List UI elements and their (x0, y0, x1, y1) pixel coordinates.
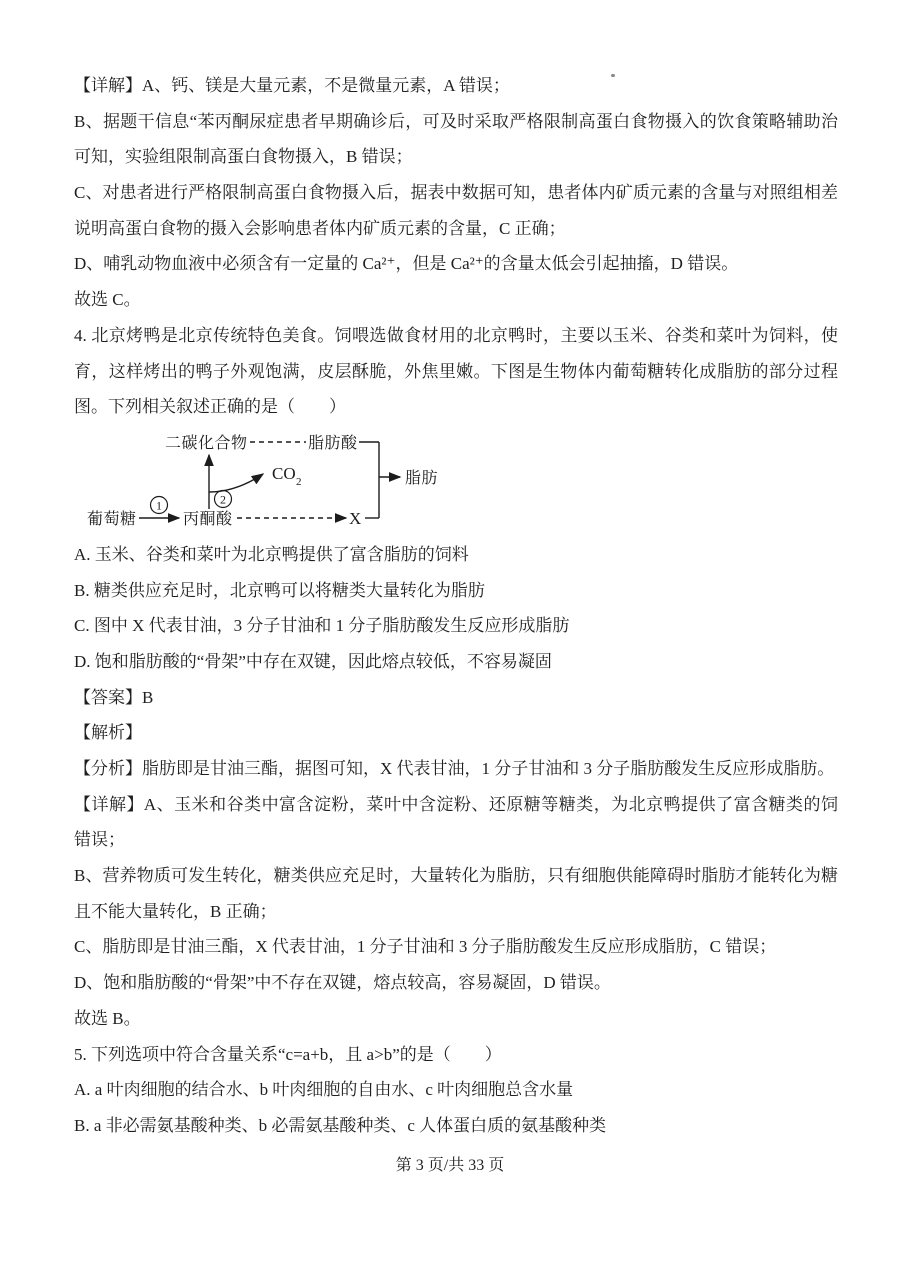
option-b: B. a 非必需氨基酸种类、b 必需氨基酸种类、c 人体蛋白质的氨基酸种类 (74, 1108, 838, 1144)
explanation-line: B、营养物质可发生转化，糖类供应充足时，大量转化为脂肪，只有细胞供能障碍时脂肪才… (74, 858, 838, 894)
node-pyruvate: 丙酮酸 (183, 510, 233, 528)
q3-explanation-block: 【详解】A、钙、镁是大量元素，不是微量元素，A 错误； B、据题干信息“苯丙酮尿… (74, 68, 838, 318)
explanation-line: D、饱和脂肪酸的“骨架”中不存在双键，熔点较高，容易凝固，D 错误。 (74, 965, 838, 1001)
node-x: X (349, 509, 361, 528)
question-5-block: 5. 下列选项中符合含量关系“c=a+b，且 a>b”的是（ ） A. a 叶肉… (74, 1037, 838, 1144)
page-content: 【详解】A、钙、镁是大量元素，不是微量元素，A 错误； B、据题干信息“苯丙酮尿… (74, 68, 838, 1144)
question-stem-line: 育，这样烤出的鸭子外观饱满，皮层酥脆，外焦里嫩。下图是生物体内葡萄糖转化成脂肪的… (74, 354, 838, 390)
exam-answer-page: 【详解】A、钙、镁是大量元素，不是微量元素，A 错误； B、据题干信息“苯丙酮尿… (0, 0, 900, 1273)
explanation-line: D、哺乳动物血液中必须含有一定量的 Ca²⁺，但是 Ca²⁺的含量太低会引起抽搐… (74, 246, 838, 282)
glucose-to-fat-pathway-diagram: 二碳化合物 脂肪酸 脂肪 CO 2 2 X --> 葡萄糖 (74, 425, 838, 537)
option-d: D. 饱和脂肪酸的“骨架”中存在双键，因此熔点较低，不容易凝固 (74, 644, 838, 680)
answer-label-line: 【答案】B (74, 680, 838, 716)
analysis-label-line: 【解析】 (74, 715, 838, 751)
node-fat: 脂肪 (405, 469, 438, 487)
curved-arrow-to-co2 (209, 474, 263, 492)
analysis-line: 【分析】脂肪即是甘油三酯，据图可知，X 代表甘油，1 分子甘油和 3 分子脂肪酸… (74, 751, 838, 787)
question-stem-line: 图。下列相关叙述正确的是（ ） (74, 389, 838, 425)
explanation-line: 【详解】A、玉米和谷类中富含淀粉，菜叶中含淀粉、还原糖等糖类，为北京鸭提供了富含… (74, 787, 838, 823)
step-1-label: 1 (156, 498, 162, 512)
explanation-line: 说明高蛋白食物的摄入会影响患者体内矿质元素的含量，C 正确； (74, 211, 838, 247)
answer-choice-line: 故选 B。 (74, 1001, 838, 1037)
node-co2: CO (272, 464, 296, 483)
question-4-answer-block: 【答案】B 【解析】 【分析】脂肪即是甘油三酯，据图可知，X 代表甘油，1 分子… (74, 680, 838, 1037)
explanation-line: B、据题干信息“苯丙酮尿症患者早期确诊后，可及时采取严格限制高蛋白食物摄入的饮食… (74, 104, 838, 140)
option-c: C. 图中 X 代表甘油，3 分子甘油和 1 分子脂肪酸发生反应形成脂肪 (74, 608, 838, 644)
question-stem-line: 4. 北京烤鸭是北京传统特色美食。饲喂选做食材用的北京鸭时，主要以玉米、谷类和菜… (74, 318, 838, 354)
explanation-line: C、脂肪即是甘油三酯，X 代表甘油，1 分子甘油和 3 分子脂肪酸发生反应形成脂… (74, 929, 838, 965)
node-glucose: 葡萄糖 (87, 509, 137, 528)
pathway-diagram-svg: 二碳化合物 脂肪酸 脂肪 CO 2 2 X --> 葡萄糖 (87, 425, 447, 535)
explanation-line: 且不能大量转化，B 正确； (74, 894, 838, 930)
explanation-line: 错误； (74, 822, 838, 858)
question-4-options: A. 玉米、谷类和菜叶为北京鸭提供了富含脂肪的饲料 B. 糖类供应充足时，北京鸭… (74, 537, 838, 680)
option-a: A. 玉米、谷类和菜叶为北京鸭提供了富含脂肪的饲料 (74, 537, 838, 573)
explanation-line: C、对患者进行严格限制高蛋白食物摄入后，据表中数据可知，患者体内矿质元素的含量与… (74, 175, 838, 211)
explanation-line: 【详解】A、钙、镁是大量元素，不是微量元素，A 错误； (74, 68, 838, 104)
node-two-carbon-compound: 二碳化合物 (165, 434, 248, 452)
node-fatty-acid: 脂肪酸 (308, 434, 358, 452)
option-b: B. 糖类供应充足时，北京鸭可以将糖类大量转化为脂肪 (74, 573, 838, 609)
page-number-footer: 第 3 页/共 33 页 (0, 1148, 900, 1184)
answer-choice-line: 故选 C。 (74, 282, 838, 318)
co2-subscript: 2 (296, 476, 302, 488)
explanation-line: 可知，实验组限制高蛋白食物摄入，B 错误； (74, 139, 838, 175)
step-2-label: 2 (220, 492, 226, 506)
question-4-stem: 4. 北京烤鸭是北京传统特色美食。饲喂选做食材用的北京鸭时，主要以玉米、谷类和菜… (74, 318, 838, 425)
option-a: A. a 叶肉细胞的结合水、b 叶肉细胞的自由水、c 叶肉细胞总含水量 (74, 1072, 838, 1108)
question-stem-line: 5. 下列选项中符合含量关系“c=a+b，且 a>b”的是（ ） (74, 1037, 838, 1073)
